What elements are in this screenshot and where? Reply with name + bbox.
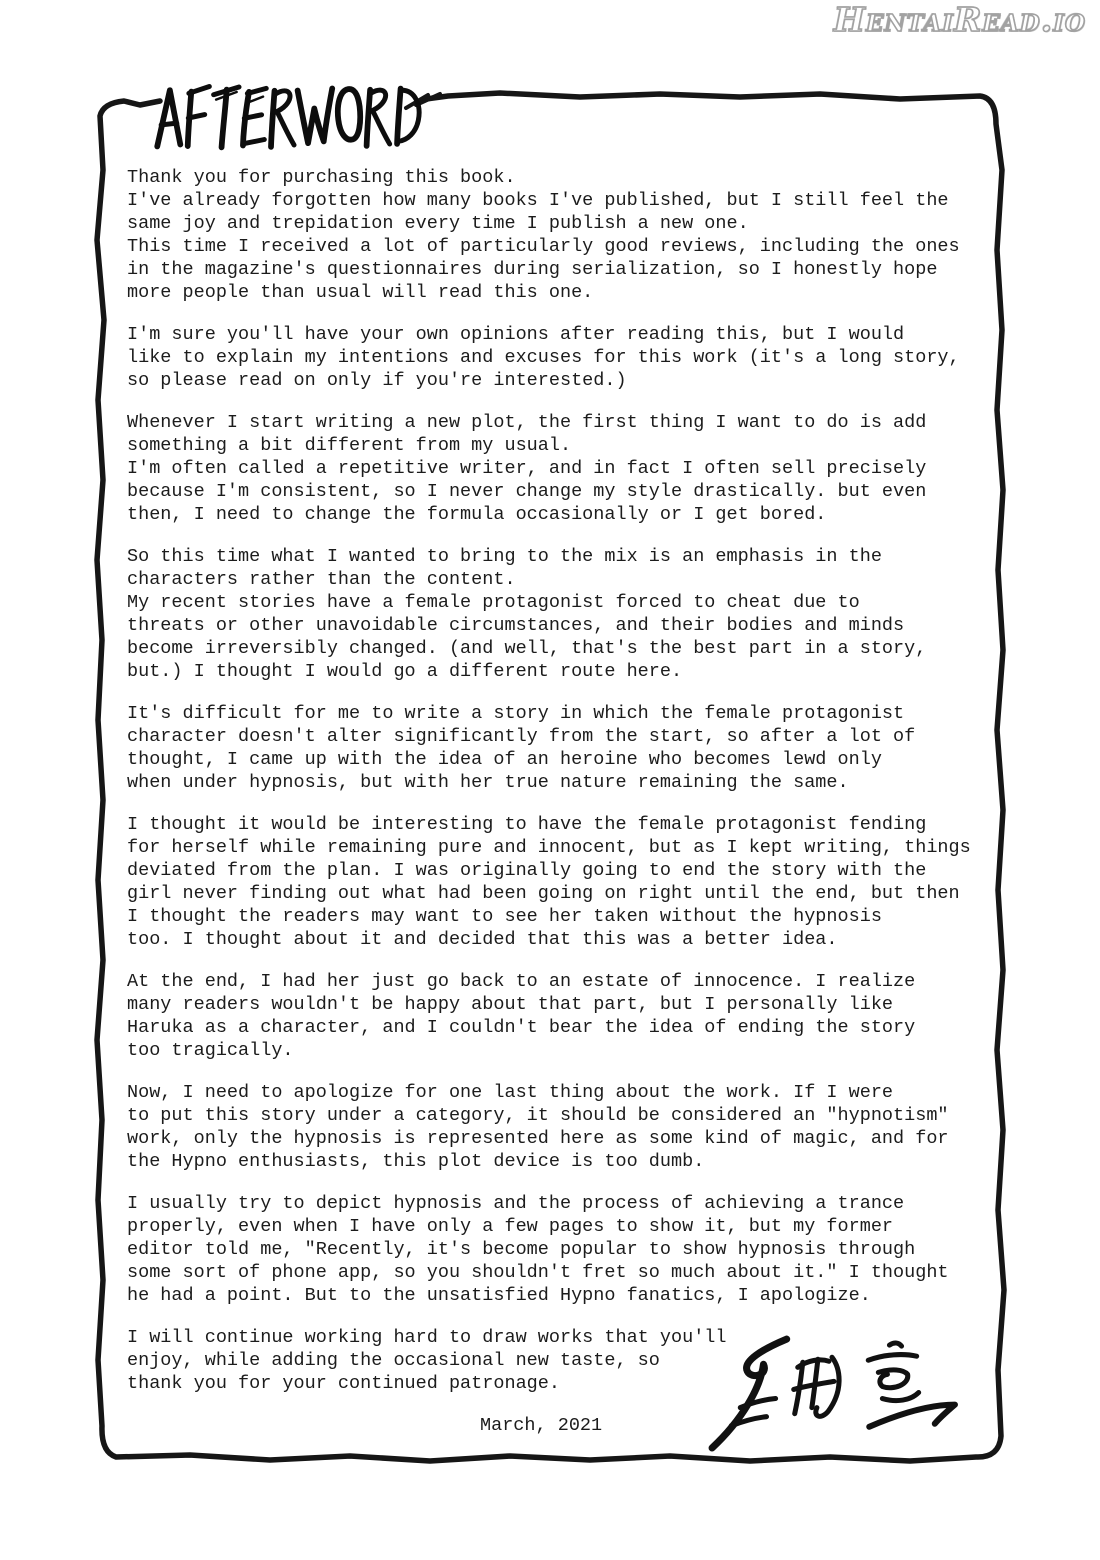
paragraph: Thank you for purchasing this book. I've… xyxy=(127,166,997,304)
paragraph: So this time what I wanted to bring to t… xyxy=(127,545,997,683)
paragraph: I usually try to depict hypnosis and the… xyxy=(127,1192,997,1307)
paragraph: It's difficult for me to write a story i… xyxy=(127,702,997,794)
paragraph: I thought it would be interesting to hav… xyxy=(127,813,997,951)
page-title: AFTERWORD xyxy=(152,79,425,156)
paragraph: Now, I need to apologize for one last th… xyxy=(127,1081,997,1173)
paragraph: At the end, I had her just go back to an… xyxy=(127,970,997,1062)
afterword-text: Thank you for purchasing this book. I've… xyxy=(127,166,997,1437)
author-signature-icon xyxy=(700,1328,962,1456)
afterword-page: HentaiRead.io xyxy=(0,0,1100,1560)
afterword-title-lettering xyxy=(152,79,425,156)
paragraph: I'm sure you'll have your own opinions a… xyxy=(127,323,997,392)
paragraph: Whenever I start writing a new plot, the… xyxy=(127,411,997,526)
